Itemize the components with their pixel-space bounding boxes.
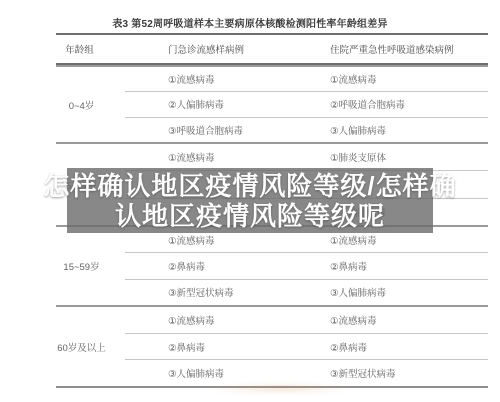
table-subrow: ①流感病毒 ①流感病毒 bbox=[125, 67, 488, 91]
pathogen-cell: ③人偏肺病毒 bbox=[125, 366, 330, 380]
faint-watermark-smudge bbox=[205, 382, 355, 395]
pathogen-cell: ①肺炎支原体 bbox=[330, 150, 488, 164]
overlay-text-line2: 认地区疫情风险等级呢 bbox=[115, 201, 385, 231]
table-subrow: ②鼻病毒 ②鼻病毒 bbox=[125, 252, 488, 278]
table-row-group-15-59: 15~59岁 ①流感病毒 ①流感病毒 ②鼻病毒 ②鼻病毒 ③新型冠状病毒 ③人偏… bbox=[56, 225, 488, 305]
pathogen-cell: ①流感病毒 bbox=[330, 233, 488, 247]
pathogen-cell: ①流感病毒 bbox=[125, 313, 330, 327]
pathogen-cell: ③人偏肺病毒 bbox=[330, 285, 488, 299]
pathogen-cell: ③新型冠状病毒 bbox=[125, 285, 330, 299]
pathogen-cell: ①流感病毒 bbox=[330, 72, 488, 86]
table-row-group-60-plus: 60岁及以上 ①流感病毒 ①流感病毒 ②鼻病毒 ②鼻病毒 ③人偏肺病毒 ③新型冠… bbox=[56, 305, 488, 388]
table-row-group-0-4: 0~4岁 ①流感病毒 ①流感病毒 ②人偏肺病毒 ②呼吸道合胞病毒 ③呼吸道合胞病… bbox=[56, 65, 488, 142]
pathogen-cell: ③人偏肺病毒 bbox=[330, 123, 488, 137]
pathogen-cell: ②人偏肺病毒 bbox=[125, 97, 330, 111]
header-age-group: 年龄组 bbox=[56, 42, 125, 56]
table-subrow: ②人偏肺病毒 ②呼吸道合胞病毒 bbox=[125, 91, 488, 116]
pathogen-cell: ①流感病毒 bbox=[125, 233, 330, 247]
caption-overlay-banner: 怎样确认地区疫情风险等级/怎样确 认地区疫情风险等级呢 bbox=[67, 168, 433, 233]
table-header-row: 年龄组 门急诊流感样病例 住院严重急性呼吸道感染病例 bbox=[56, 33, 488, 65]
table-subrow: ③呼吸道合胞病毒 ③人偏肺病毒 bbox=[125, 117, 488, 142]
pathogen-cell: ①流感病毒 bbox=[125, 72, 330, 86]
overlay-text-line1: 怎样确认地区疫情风险等级/怎样确 bbox=[43, 171, 456, 201]
table-subrow: ③新型冠状病毒 ③人偏肺病毒 bbox=[125, 279, 488, 305]
table-subrow: ②鼻病毒 ②鼻病毒 bbox=[125, 333, 488, 360]
age-group-label: 0~4岁 bbox=[56, 67, 125, 142]
pathogen-cell: ②鼻病毒 bbox=[330, 340, 488, 354]
pathogen-cell: ①流感病毒 bbox=[125, 150, 330, 164]
pathogen-cell: ②呼吸道合胞病毒 bbox=[330, 97, 488, 111]
age-group-label: 60岁及以上 bbox=[56, 307, 125, 386]
pathogen-cell: ②鼻病毒 bbox=[330, 259, 488, 273]
pathogen-cell: ①流感病毒 bbox=[330, 313, 488, 327]
age-group-label: 15~59岁 bbox=[56, 227, 125, 305]
header-inpatient: 住院严重急性呼吸道感染病例 bbox=[330, 42, 488, 56]
header-outpatient: 门急诊流感样病例 bbox=[168, 42, 330, 56]
pathogen-cell: ②鼻病毒 bbox=[125, 340, 330, 354]
pathogen-cell: ③新型冠状病毒 bbox=[330, 366, 488, 380]
pathogen-cell: ②鼻病毒 bbox=[125, 259, 330, 273]
table-subrow: ①流感病毒 ①流感病毒 bbox=[125, 307, 488, 333]
pathogen-cell: ③呼吸道合胞病毒 bbox=[125, 123, 330, 137]
table-title: 表3 第52周呼吸道样本主要病原体核酸检测阳性率年龄组差异 bbox=[0, 15, 500, 30]
table-subrow: ①流感病毒 ①肺炎支原体 bbox=[125, 144, 488, 170]
